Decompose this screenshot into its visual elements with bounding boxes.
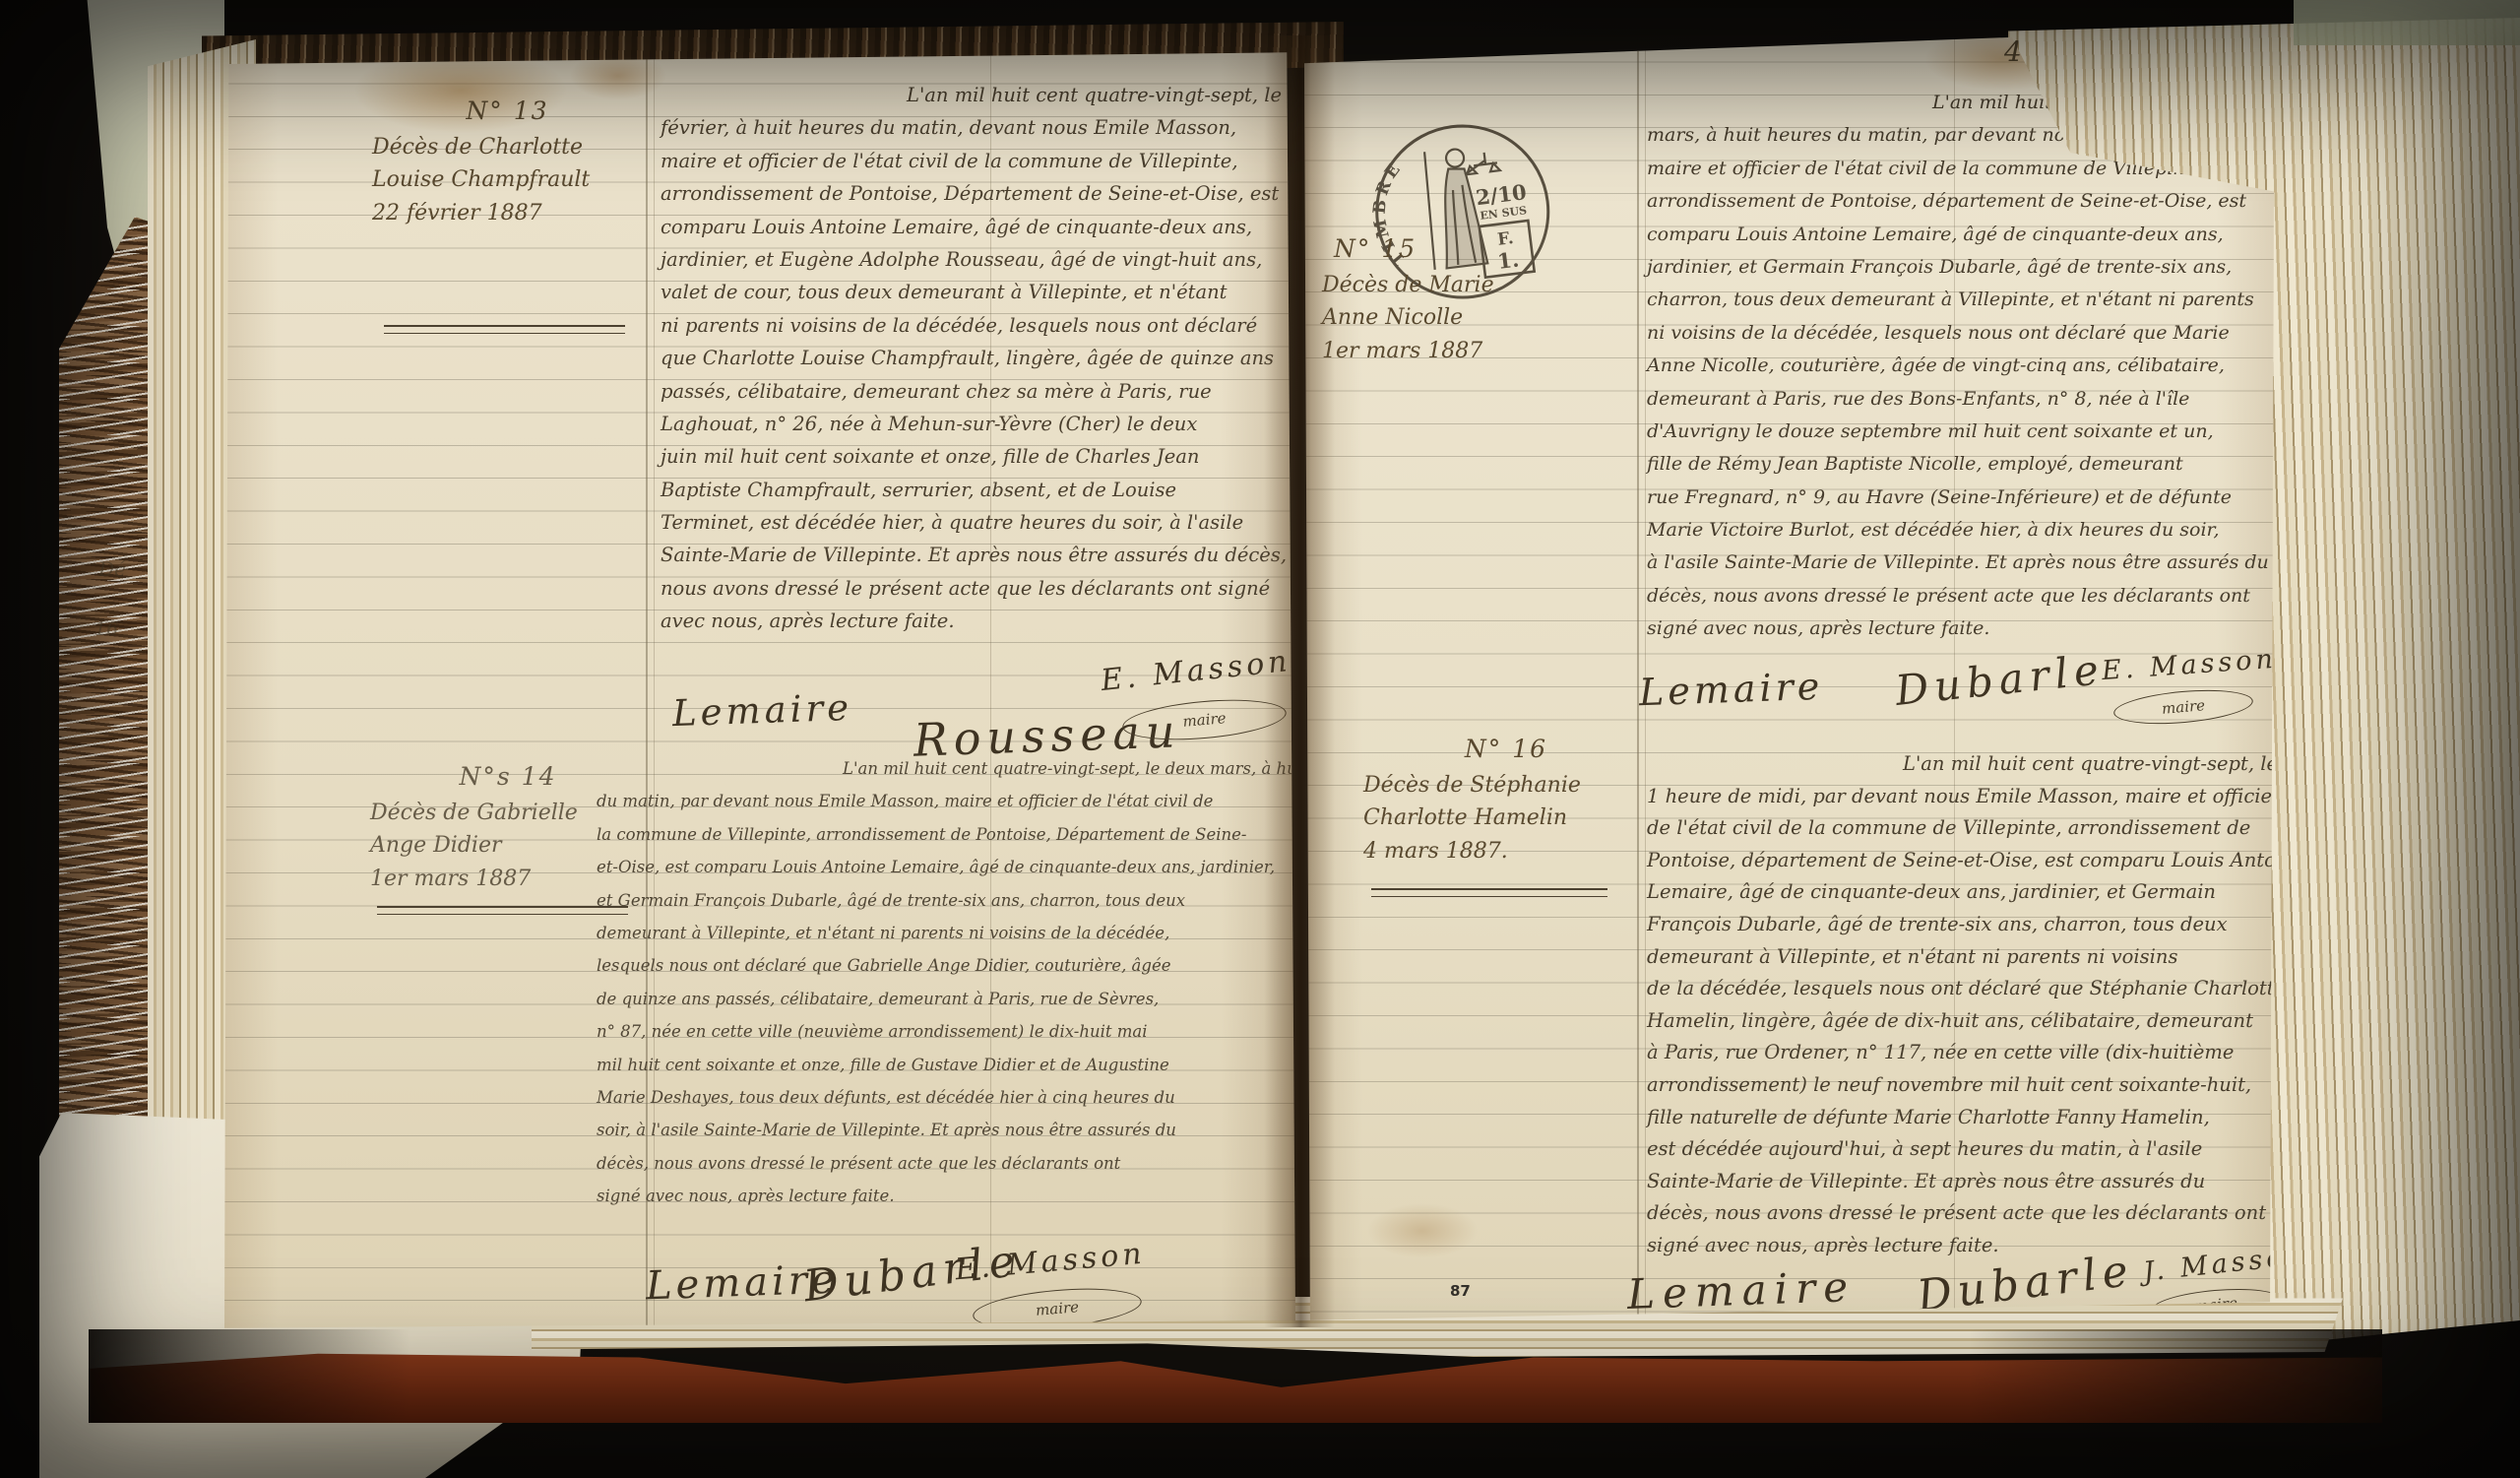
margin-lines: Décès de CharlotteLouise Champfrault22 f…	[372, 131, 643, 229]
body-line: ni parents ni voisins de la décédée, les…	[661, 309, 1281, 342]
body-line: nous avons dressé le présent acte que le…	[661, 572, 1281, 605]
margin-line: Décès de Stéphanie	[1363, 769, 1649, 802]
margin-lines: Décès de MarieAnne Nicolle1er mars 1887	[1322, 269, 1617, 367]
body-line: maire et officier de l'état civil de la …	[661, 145, 1281, 177]
body-line: arrondissement) le neuf novembre mil hui…	[1647, 1069, 2267, 1102]
margin-annotation-record16: N° 16 Décès de StéphanieCharlotte Hameli…	[1363, 735, 1649, 868]
margin-line: 1er mars 1887	[1322, 335, 1617, 367]
body-line: demeurant à Villepinte, et n'étant ni pa…	[1647, 941, 2267, 974]
record-number: N° 13	[372, 96, 643, 125]
stray-mark: 16	[94, 618, 118, 640]
body-line: Marie Victoire Burlot, est décédée hier,…	[1647, 514, 2267, 546]
body-line: fille naturelle de défunte Marie Charlot…	[1647, 1102, 2267, 1134]
body-line: demeurant à Paris, rue des Bons-Enfants,…	[1647, 383, 2267, 416]
signature-lemaire: Lemaire	[671, 686, 852, 735]
body-line: jardinier, et Germain François Dubarle, …	[1647, 251, 2267, 284]
body-line: est décédée aujourd'hui, à sept heures d…	[1647, 1133, 2267, 1166]
left-page: N° 13 Décès de CharlotteLouise Champfrau…	[224, 51, 1295, 1333]
body-line: Terminet, est décédée hier, à quatre heu…	[661, 506, 1281, 539]
margin-line: Louise Champfrault	[372, 163, 643, 196]
body-line: Baptiste Champfrault, serrurier, absent,…	[661, 474, 1281, 506]
body-line: de quinze ans passés, célibataire, demeu…	[597, 983, 1286, 1015]
record14-body: L'an mil huit cent quatre-vingt-sept, le…	[597, 752, 1286, 1212]
margin-line: Charlotte Hamelin	[1363, 802, 1649, 834]
margin-annotation-record15: N° 15 Décès de MarieAnne Nicolle1er mars…	[1322, 234, 1617, 367]
body-line: signé avec nous, après lecture faite.	[1647, 612, 2267, 645]
paper-stain	[1344, 1191, 1501, 1270]
body-line: Sainte-Marie de Villepinte. Et après nou…	[661, 539, 1281, 571]
record16-body: L'an mil huit cent quatre-vingt-sept, le…	[1647, 748, 2267, 1262]
margin-line: Décès de Marie	[1322, 269, 1617, 301]
margin-lines: Décès de StéphanieCharlotte Hamelin4 mar…	[1363, 769, 1649, 868]
right-page: TIMBRE 2/10 EN SUS F. 1.	[1304, 30, 2274, 1325]
margin-line: Décès de Charlotte	[372, 131, 643, 163]
record-separator-rule	[384, 325, 625, 334]
body-line: passés, célibataire, demeurant chez sa m…	[661, 375, 1281, 408]
folio-number: 4	[2004, 35, 2022, 68]
body-line: fille de Rémy Jean Baptiste Nicolle, emp…	[1647, 448, 2267, 481]
body-line: demeurant à Villepinte, et n'étant ni pa…	[597, 917, 1286, 949]
body-line: juin mil huit cent soixante et onze, fil…	[661, 440, 1281, 473]
body-line: et Germain François Dubarle, âgé de tren…	[597, 884, 1286, 917]
record-number: N° 16	[1363, 735, 1649, 763]
wood-shadow	[89, 1329, 2382, 1423]
body-line: rue Fregnard, n° 9, au Havre (Seine-Infé…	[1647, 482, 2267, 514]
body-line: lesquels nous ont déclaré que Gabrielle …	[597, 949, 1286, 982]
cover-cloth-top-right	[2294, 0, 2520, 45]
body-line: Pontoise, département de Seine-et-Oise, …	[1647, 845, 2267, 877]
margin-line: 22 février 1887	[372, 197, 643, 229]
body-line: Anne Nicolle, couturière, âgée de vingt-…	[1647, 350, 2267, 382]
record-number: N° 15	[1322, 234, 1617, 263]
body-line: mil huit cent soixante et onze, fille de…	[597, 1049, 1286, 1081]
body-line: 1 heure de midi, par devant nous Emile M…	[1647, 781, 2267, 813]
record-separator-rule	[377, 906, 628, 915]
signature-lemaire: Lemaire	[1638, 665, 1824, 715]
body-line: François Dubarle, âgé de trente-six ans,…	[1647, 909, 2267, 941]
body-line: signé avec nous, après lecture faite.	[597, 1180, 1286, 1212]
body-line: Sainte-Marie de Villepinte. Et après nou…	[1647, 1166, 2267, 1198]
body-line: à l'asile Sainte-Marie de Villepinte. Et…	[1647, 546, 2267, 579]
margin-annotation-record13: N° 13 Décès de CharlotteLouise Champfrau…	[372, 96, 643, 229]
body-line: avec nous, après lecture faite.	[661, 605, 1281, 637]
body-line: Laghouat, n° 26, née à Mehun-sur-Yèvre (…	[661, 408, 1281, 440]
body-line: février, à huit heures du matin, devant …	[661, 111, 1281, 144]
gutter-fold	[1264, 35, 1335, 1327]
body-line: Hamelin, lingère, âgée de dix-huit ans, …	[1647, 1005, 2267, 1038]
body-line: soir, à l'asile Sainte-Marie de Villepin…	[597, 1114, 1286, 1146]
page-number-print: 87	[1450, 1282, 1471, 1300]
body-line: jardinier, et Eugène Adolphe Rousseau, â…	[661, 243, 1281, 276]
signature-lemaire: Lemaire	[1626, 1262, 1857, 1318]
body-line: ni voisins de la décédée, lesquels nous …	[1647, 317, 2267, 350]
maire-flourish: maire	[2112, 685, 2254, 729]
body-line: charron, tous deux demeurant à Villepint…	[1647, 284, 2267, 316]
margin-line: Anne Nicolle	[1322, 301, 1617, 334]
margin-line: 4 mars 1887.	[1363, 835, 1649, 868]
body-line: et-Oise, est comparu Louis Antoine Lemai…	[597, 851, 1286, 883]
body-line: décès, nous avons dressé le présent acte…	[1647, 580, 2267, 612]
register-book-spread: Dé 16 N° 13 Décès de CharlotteLouise Cha…	[0, 0, 2520, 1478]
body-line: arrondissement de Pontoise, Département …	[661, 177, 1281, 210]
body-line: décès, nous avons dressé le présent acte…	[597, 1147, 1286, 1180]
body-line: Lemaire, âgé de cinquante-deux ans, jard…	[1647, 876, 2267, 909]
record13-body: L'an mil huit cent quatre-vingt-sept, le…	[661, 79, 1281, 638]
signature-dubarle: Dubarle	[1893, 645, 2107, 715]
record-separator-rule	[1371, 888, 1607, 897]
body-line: décès, nous avons dressé le présent acte…	[1647, 1197, 2267, 1230]
body-line: que Charlotte Louise Champfrault, lingèr…	[661, 342, 1281, 374]
body-line: valet de cour, tous deux demeurant à Vil…	[661, 276, 1281, 308]
body-line: de la décédée, lesquels nous ont déclaré…	[1647, 973, 2267, 1005]
signature-masson: E. Masson	[2101, 644, 2274, 686]
body-line: L'an mil huit cent quatre-vingt-sept, le…	[661, 79, 1281, 111]
stray-mark: Dé	[98, 557, 126, 581]
body-line: comparu Louis Antoine Lemaire, âgé de ci…	[1647, 219, 2267, 251]
body-line: du matin, par devant nous Emile Masson, …	[597, 785, 1286, 817]
body-line: n° 87, née en cette ville (neuvième arro…	[597, 1015, 1286, 1048]
body-line: de l'état civil de la commune de Villepi…	[1647, 812, 2267, 845]
body-line: L'an mil huit cent quatre-vingt-sept, le…	[597, 752, 1286, 785]
body-line: Marie Deshayes, tous deux défunts, est d…	[597, 1081, 1286, 1114]
maire-flourish: maire	[1121, 694, 1289, 745]
body-line: comparu Louis Antoine Lemaire, âgé de ci…	[661, 211, 1281, 243]
body-line: arrondissement de Pontoise, département …	[1647, 185, 2267, 218]
body-line: L'an mil huit cent quatre-vingt-sept, le…	[1647, 748, 2267, 781]
body-line: d'Auvrigny le douze septembre mil huit c…	[1647, 416, 2267, 448]
body-line: à Paris, rue Ordener, n° 117, née en cet…	[1647, 1037, 2267, 1069]
body-line: la commune de Villepinte, arrondissement…	[597, 818, 1286, 851]
